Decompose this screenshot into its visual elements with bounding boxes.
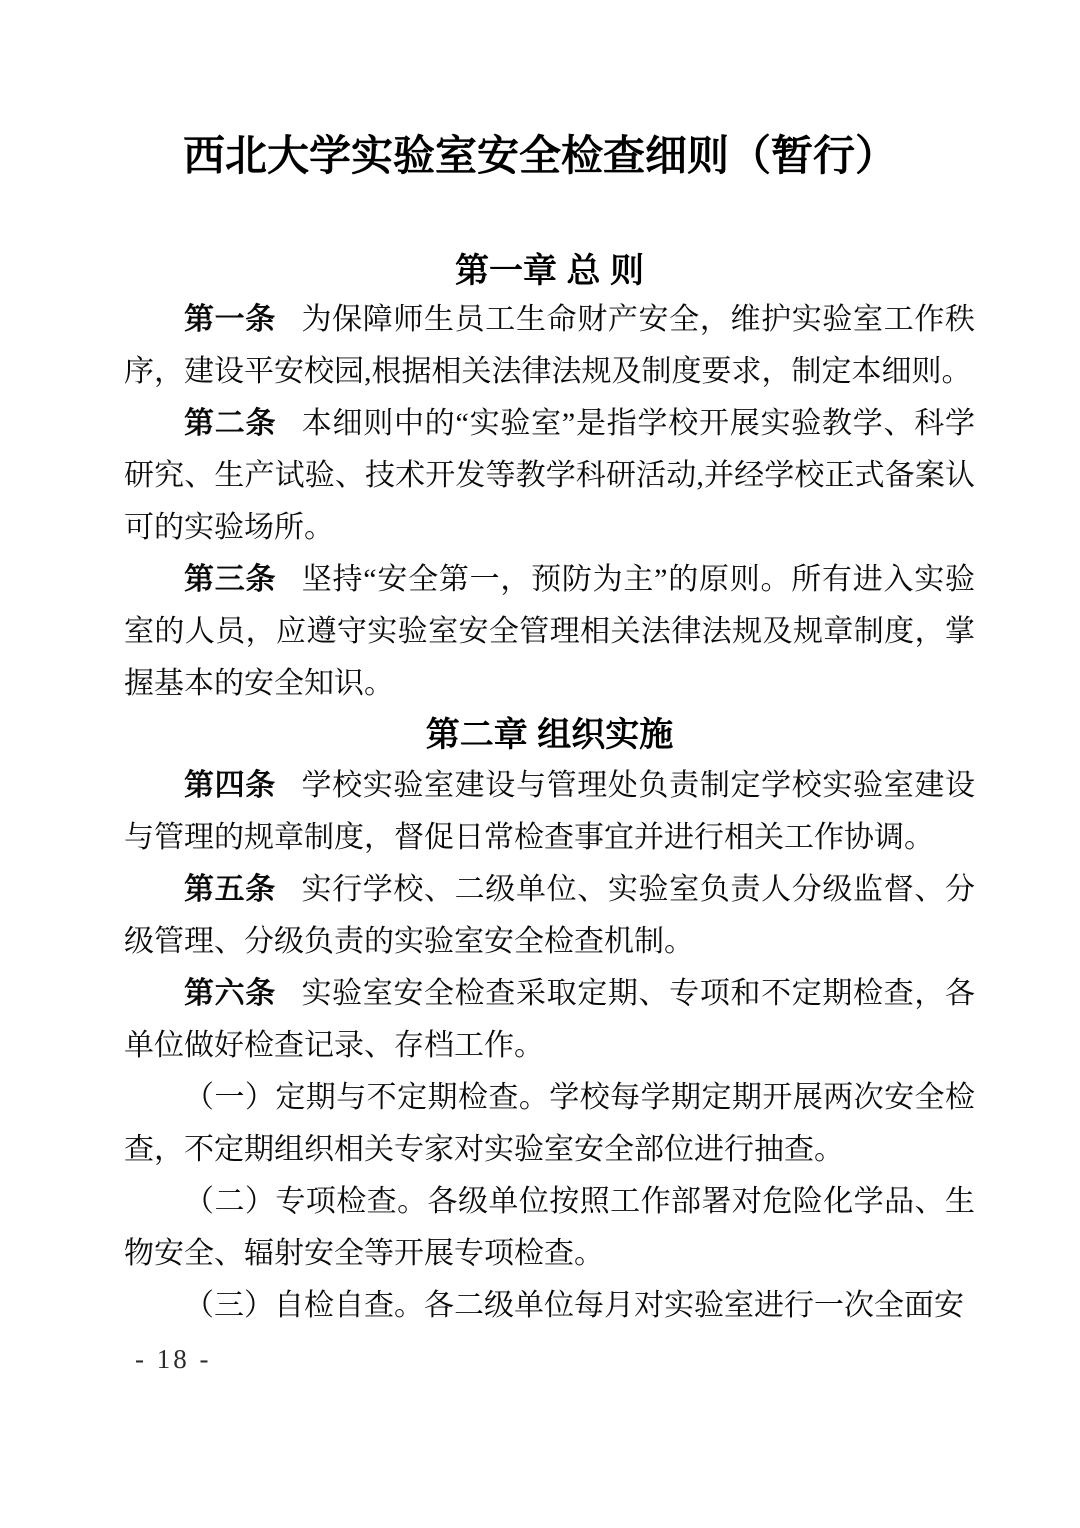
- article-4-number: 第四条: [184, 769, 276, 802]
- article-1-number: 第一条: [184, 303, 276, 336]
- document-body: 第一章 总 则 第一条为保障师生员工生命财产安全，维护实验室工作秩序，建设平安校…: [124, 188, 975, 1332]
- article-3-paragraph: 第三条坚持“安全第一，预防为主”的原则。所有进入实验室的人员，应遵守实验室安全管…: [124, 554, 975, 710]
- item-1-text: （一）定期与不定期检查。学校每学期定期开展两次安全检查，不定期组织相关专家对实验…: [124, 1081, 975, 1166]
- chapter-1-heading: 第一章 总 则: [124, 248, 975, 294]
- item-3-text: （三）自检自查。各二级单位每月对实验室进行一次全面安: [184, 1289, 964, 1322]
- item-2-paragraph: （二）专项检查。各级单位按照工作部署对危险化学品、生物安全、辐射安全等开展专项检…: [124, 1176, 975, 1280]
- item-1-paragraph: （一）定期与不定期检查。学校每学期定期开展两次安全检查，不定期组织相关专家对实验…: [124, 1072, 975, 1176]
- article-6-paragraph: 第六条实验室安全检查采取定期、专项和不定期检查，各单位做好检查记录、存档工作。: [124, 968, 975, 1072]
- document-page: 西北大学实验室安全检查细则（暂行） 第一章 总 则 第一条为保障师生员工生命财产…: [0, 0, 1080, 1528]
- article-1-paragraph: 第一条为保障师生员工生命财产安全，维护实验室工作秩序，建设平安校园,根据相关法律…: [124, 294, 975, 398]
- document-title: 西北大学实验室安全检查细则（暂行）: [0, 0, 1080, 188]
- article-2-number: 第二条: [184, 407, 276, 440]
- chapter-2-heading: 第二章 组织实施: [124, 712, 975, 758]
- article-6-number: 第六条: [184, 977, 276, 1010]
- item-2-text: （二）专项检查。各级单位按照工作部署对危险化学品、生物安全、辐射安全等开展专项检…: [124, 1185, 975, 1270]
- article-3-number: 第三条: [184, 563, 276, 596]
- article-5-number: 第五条: [184, 873, 276, 906]
- item-3-paragraph: （三）自检自查。各二级单位每月对实验室进行一次全面安: [124, 1280, 975, 1332]
- page-number: - 18 -: [135, 1344, 211, 1375]
- article-2-paragraph: 第二条本细则中的“实验室”是指学校开展实验教学、科学研究、生产试验、技术开发等教…: [124, 398, 975, 554]
- article-4-paragraph: 第四条学校实验室建设与管理处负责制定学校实验室建设与管理的规章制度，督促日常检查…: [124, 760, 975, 864]
- article-5-paragraph: 第五条实行学校、二级单位、实验室负责人分级监督、分级管理、分级负责的实验室安全检…: [124, 864, 975, 968]
